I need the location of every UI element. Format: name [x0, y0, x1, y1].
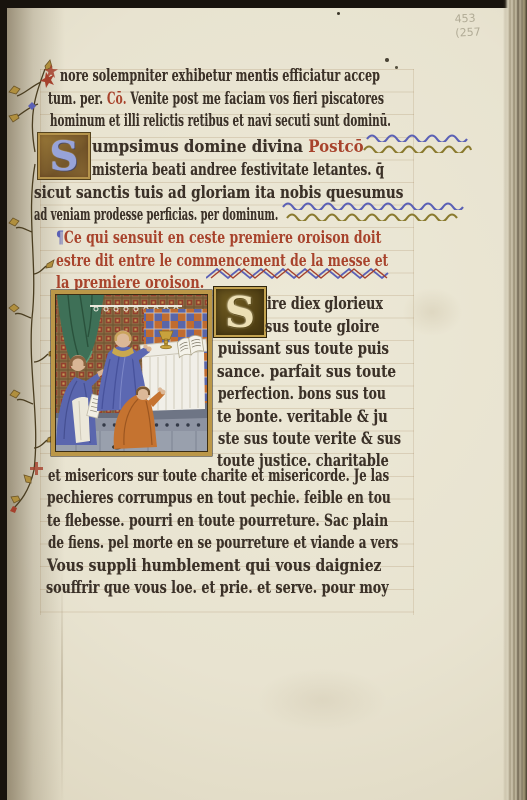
line-filler-zigzag-icon — [206, 267, 390, 280]
ink-speck — [337, 12, 340, 15]
french-line: ire diex glorieux — [267, 295, 353, 314]
latin-line: sicut sanctis tuis ad gloriam ita nobis … — [34, 184, 329, 203]
ink-speck — [385, 58, 389, 62]
parchment-stain — [257, 668, 387, 732]
latin-line: misteria beati andree festivitate letant… — [92, 161, 298, 180]
illuminated-initial-s: S — [213, 286, 267, 338]
line-filler-blue-icon — [282, 201, 470, 210]
book-fore-edge — [503, 0, 527, 800]
french-line: Vous suppli humblement qui vous daigniez — [47, 557, 321, 576]
miniature-mass-scene — [50, 289, 213, 457]
manuscript-photo: 453 (257 — [0, 0, 527, 800]
latin-line: hominum et illi relictis retibus et navi… — [50, 112, 258, 131]
french-line: de fiens. pel morte en se pourreture et … — [48, 534, 294, 553]
parchment-crease — [61, 568, 63, 800]
ink-speck — [395, 66, 398, 69]
french-line: sance. parfait sus toute — [217, 363, 360, 382]
latin-line: tum. per. Cō. Venite post me faciam vos … — [48, 90, 263, 109]
illuminated-initial-s: S — [37, 132, 91, 180]
line-filler-blue-icon — [366, 133, 470, 142]
french-line: pechieres corrumpus en tout pechie. feib… — [47, 489, 295, 508]
french-line: et misericors sur toute charite et miser… — [48, 467, 281, 486]
french-line: ste sus toute verite & sus — [218, 430, 357, 449]
line-filler-gold-icon — [363, 144, 473, 153]
french-line: sus toute gloire — [265, 318, 352, 337]
line-filler-gold-icon — [286, 212, 466, 221]
communio-rubric: Cō. — [107, 89, 131, 109]
red-cross-icon — [30, 462, 43, 475]
french-line: te bonte. veritable & ju — [217, 408, 349, 427]
red-star-icon — [44, 64, 58, 78]
latin-line: umpsimus domine divina Postcō — [92, 138, 332, 157]
french-line: puissant sus toute puis — [218, 340, 350, 359]
postcommunio-rubric: Postcō — [308, 137, 363, 157]
folio-number-pencil: 453 (257 — [454, 11, 481, 40]
french-line: te flebesse. pourri en toute pourreture.… — [47, 512, 296, 531]
french-line: perfection. bons sus tou — [218, 385, 341, 404]
latin-line: nore solempniter exhibetur mentis effici… — [60, 67, 270, 86]
french-line: souffrir que vous loe. et prie. et serve… — [46, 579, 302, 598]
latin-line: ad veniam prodesse perficias. per dominu… — [34, 206, 176, 225]
paraph-mark: ¶ — [56, 228, 64, 248]
rubric-line: ¶Ce qui sensuit en ceste premiere oroiso… — [56, 229, 294, 248]
parchment-stain — [402, 288, 462, 336]
